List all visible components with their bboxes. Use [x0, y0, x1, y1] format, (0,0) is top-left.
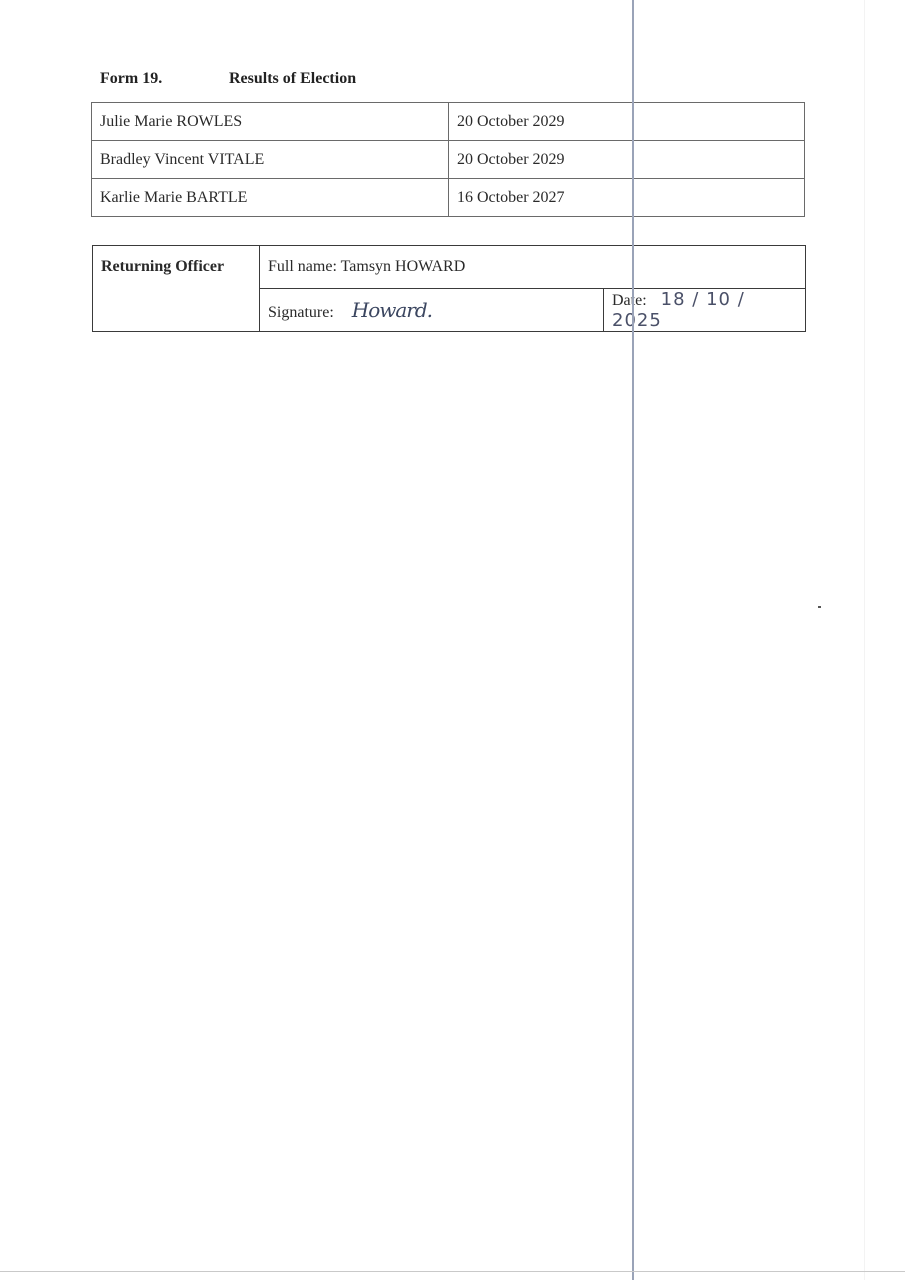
handwritten-signature: Howard.: [352, 298, 432, 322]
scan-artifact-vertical-line: [632, 0, 634, 1280]
full-name-cell: Full name: Tamsyn HOWARD: [260, 246, 806, 289]
form-number: Form 19.: [100, 70, 225, 88]
date-label: Date:: [612, 292, 647, 309]
form-title: Results of Election: [229, 70, 356, 87]
full-name-label: Full name:: [268, 258, 337, 275]
candidate-name: Julie Marie ROWLES: [92, 103, 449, 141]
signature-label: Signature:: [268, 304, 334, 321]
results-table: Julie Marie ROWLES 20 October 2029 Bradl…: [91, 102, 805, 217]
empty-cell: [634, 179, 805, 217]
table-row: Julie Marie ROWLES 20 October 2029: [92, 103, 805, 141]
scan-artifact-horizontal-line: [0, 1271, 905, 1272]
scan-artifact-faint-line: [864, 0, 865, 1280]
table-row: Karlie Marie BARTLE 16 October 2027: [92, 179, 805, 217]
returning-officer-table: Returning Officer Full name: Tamsyn HOWA…: [92, 245, 806, 332]
term-expiry: 20 October 2029: [449, 141, 634, 179]
term-expiry: 20 October 2029: [449, 103, 634, 141]
table-row: Bradley Vincent VITALE 20 October 2029: [92, 141, 805, 179]
empty-cell: [634, 141, 805, 179]
form-heading: Form 19. Results of Election: [100, 70, 356, 88]
candidate-name: Karlie Marie BARTLE: [92, 179, 449, 217]
candidate-name: Bradley Vincent VITALE: [92, 141, 449, 179]
signature-cell: Signature: Howard.: [260, 289, 604, 332]
term-expiry: 16 October 2027: [449, 179, 634, 217]
empty-cell: [634, 103, 805, 141]
full-name-value: Tamsyn HOWARD: [341, 258, 466, 275]
scan-speck: [818, 606, 821, 608]
returning-officer-label: Returning Officer: [93, 246, 260, 332]
